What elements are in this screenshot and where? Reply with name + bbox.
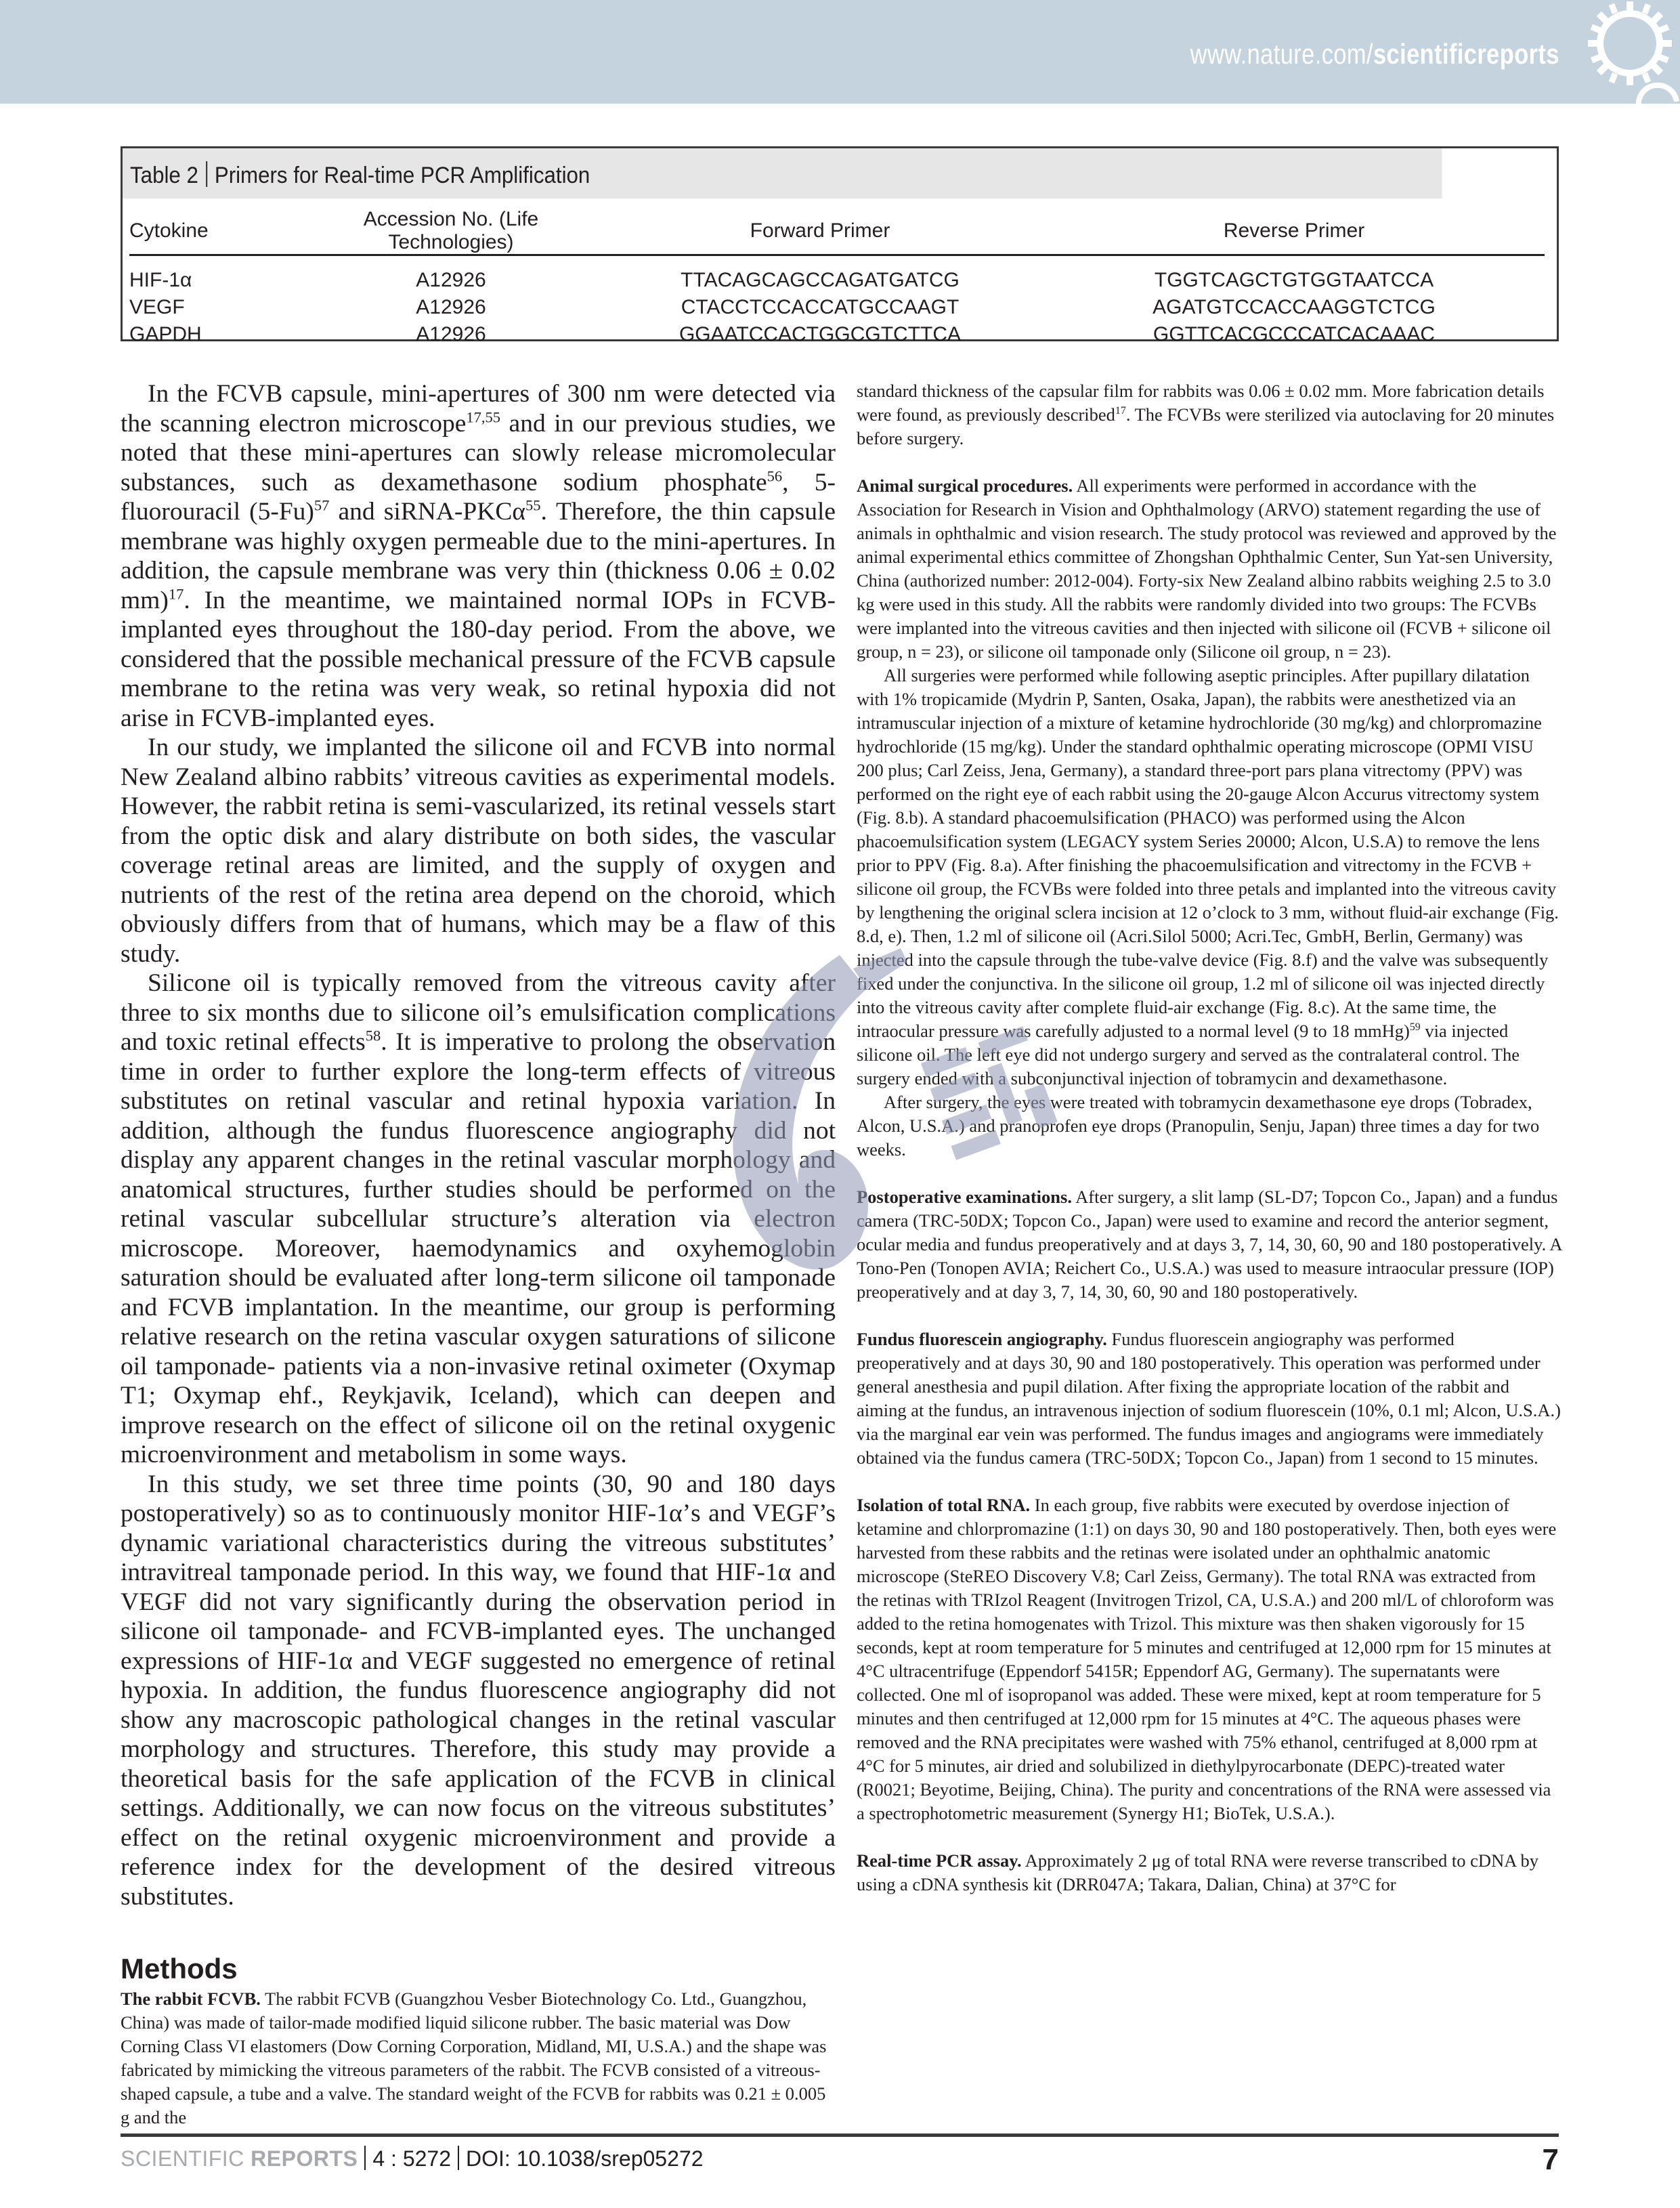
cell-reverse-primer: GGTTCACGCCCATCACAAAC [1043, 321, 1545, 348]
footer-divider [121, 2133, 1559, 2137]
column-header-forward-primer: Forward Primer [597, 208, 1043, 255]
paragraph-study-model: In our study, we implanted the silicone … [121, 733, 836, 969]
cell-accession: A12926 [305, 321, 597, 348]
paragraph-fluorescein-angiography: Fundus fluorescein angiography. Fundus f… [857, 1328, 1562, 1470]
primers-table: Table 2Primers for Real-time PCR Amplifi… [121, 146, 1559, 341]
doi-link[interactable]: DOI: 10.1038/srep05272 [466, 2146, 703, 2171]
paragraph-time-points: In this study, we set three time points … [121, 1470, 836, 1912]
cell-forward-primer: GGAATCCACTGGCGTCTTCA [597, 321, 1043, 348]
gear-icon [1557, 0, 1680, 108]
citation[interactable]: 56 [767, 467, 783, 484]
table-label: Table 2 [130, 163, 198, 188]
paragraph-surgery: All surgeries were performed while follo… [857, 664, 1562, 1090]
subsection-heading: Real-time PCR assay. [857, 1850, 1022, 1871]
table-caption: Table 2Primers for Real-time PCR Amplifi… [123, 148, 1442, 198]
table-row: HIF-1α A12926 TTACAGCAGCCAGATGATCG TGGTC… [129, 255, 1545, 295]
cell-reverse-primer: TGGTCAGCTGTGGTAATCCA [1043, 255, 1545, 295]
right-column: standard thickness of the capsular film … [857, 379, 1562, 1896]
subsection-heading: Postoperative examinations. [857, 1187, 1072, 1207]
cell-forward-primer: TTACAGCAGCCAGATGATCG [597, 255, 1043, 295]
footer-separator [458, 2146, 459, 2170]
citation[interactable]: 17,55 [466, 408, 500, 425]
paragraph-pcr-assay: Real-time PCR assay. Approximately 2 μg … [857, 1849, 1562, 1896]
citation[interactable]: 17 [169, 585, 184, 602]
paragraph-rna-isolation: Isolation of total RNA. In each group, f… [857, 1493, 1562, 1825]
citation[interactable]: 59 [1410, 1021, 1421, 1033]
paragraph-capsule-apertures: In the FCVB capsule, mini-apertures of 3… [121, 379, 836, 733]
paragraph-animal-procedures: Animal surgical procedures. All experime… [857, 474, 1562, 664]
cell-forward-primer: CTACCTCCACCATGCCAAGT [597, 294, 1043, 321]
cell-cytokine: VEGF [129, 294, 305, 321]
subsection-heading: Fundus fluorescein angiography. [857, 1329, 1107, 1349]
subsection-heading: Isolation of total RNA. [857, 1495, 1030, 1515]
citation[interactable]: 58 [366, 1027, 381, 1044]
cell-accession: A12926 [305, 255, 597, 295]
subsection-heading: The rabbit FCVB. [121, 1989, 261, 2009]
page-number: 7 [1543, 2143, 1559, 2177]
primers-data-table: Cytokine Accession No. (Life Technologie… [129, 208, 1545, 348]
column-header-cytokine: Cytokine [129, 208, 305, 255]
journal-url[interactable]: www.nature.com/scientificreports [1190, 38, 1559, 70]
citation[interactable]: 55 [525, 497, 541, 514]
left-column: In the FCVB capsule, mini-apertures of 3… [121, 379, 836, 2129]
footer-separator [364, 2146, 366, 2170]
cell-accession: A12926 [305, 294, 597, 321]
table-title: Primers for Real-time PCR Amplification [215, 163, 590, 188]
cell-cytokine: HIF-1α [129, 255, 305, 295]
subsection-heading: Animal surgical procedures. [857, 475, 1073, 496]
caption-separator [206, 161, 207, 187]
volume-article: 4 : 5272 [372, 2146, 451, 2171]
paragraph-capsular-thickness: standard thickness of the capsular film … [857, 379, 1562, 450]
citation[interactable]: 57 [314, 497, 330, 514]
paragraph-silicone-oil: Silicone oil is typically removed from t… [121, 969, 836, 1470]
paragraph-postoperative-exams: Postoperative examinations. After surger… [857, 1185, 1562, 1304]
table-header-row: Cytokine Accession No. (Life Technologie… [129, 208, 1545, 255]
table-row: VEGF A12926 CTACCTCCACCATGCCAAGT AGATGTC… [129, 294, 1545, 321]
page-footer: SCIENTIFIC REPORTS4 : 5272DOI: 10.1038/s… [121, 2146, 1559, 2180]
cell-reverse-primer: AGATGTCCACCAAGGTCTCG [1043, 294, 1545, 321]
section-heading-methods: Methods [121, 1952, 836, 1986]
journal-header-bar: www.nature.com/scientificreports [0, 0, 1680, 104]
paragraph-aftercare: After surgery, the eyes were treated wit… [857, 1090, 1562, 1162]
journal-name: SCIENTIFIC REPORTS [121, 2146, 358, 2171]
paragraph-rabbit-fcvb: The rabbit FCVB. The rabbit FCVB (Guangz… [121, 1987, 836, 2129]
citation[interactable]: 17 [1115, 405, 1126, 417]
column-header-accession: Accession No. (Life Technologies) [305, 208, 597, 255]
cell-cytokine: GAPDH [129, 321, 305, 348]
table-row: GAPDH A12926 GGAATCCACTGGCGTCTTCA GGTTCA… [129, 321, 1545, 348]
column-header-reverse-primer: Reverse Primer [1043, 208, 1545, 255]
